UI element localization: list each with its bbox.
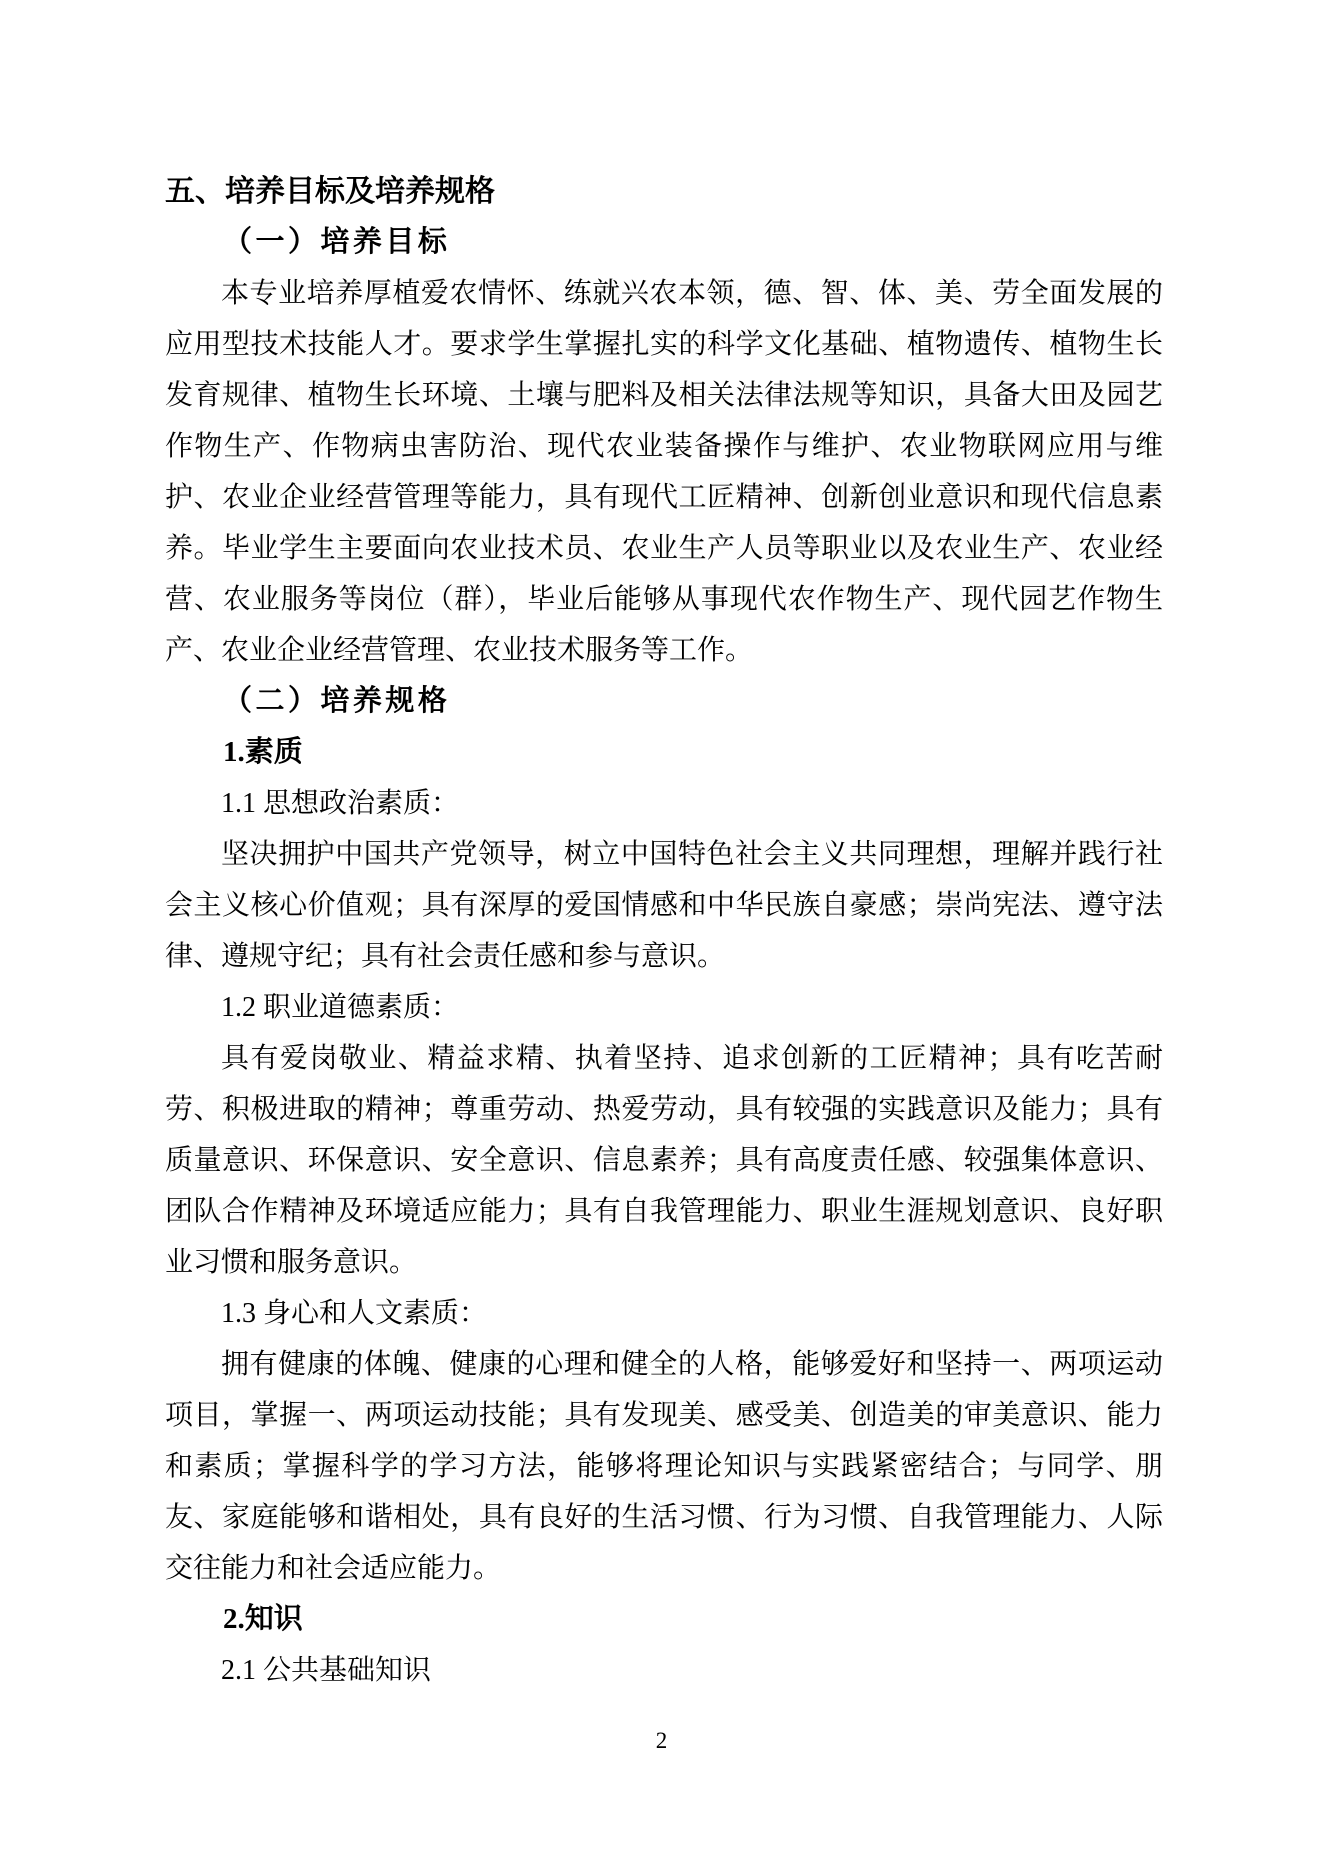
section-heading-training-objective: （一）培养目标	[165, 217, 1163, 268]
item-heading-ideological-political-quality: 1.1 思想政治素质：	[165, 778, 1163, 829]
document-page: 五、培养目标及培养规格 （一）培养目标 本专业培养厚植爱农情怀、练就兴农本领，德…	[0, 0, 1323, 1871]
item-heading-professional-ethics-quality: 1.2 职业道德素质：	[165, 982, 1163, 1033]
chapter-heading: 五、培养目标及培养规格	[165, 166, 1163, 217]
subsection-heading-knowledge: 2.知识	[165, 1594, 1163, 1645]
page-number: 2	[0, 1726, 1323, 1756]
section-heading-training-specification: （二）培养规格	[165, 676, 1163, 727]
subsection-heading-quality: 1.素质	[165, 727, 1163, 778]
paragraph-ideological-political-quality: 坚决拥护中国共产党领导，树立中国特色社会主义共同理想，理解并践行社会主义核心价值…	[165, 829, 1163, 982]
paragraph-physical-humanistic-quality: 拥有健康的体魄、健康的心理和健全的人格，能够爱好和坚持一、两项运动项目，掌握一、…	[165, 1339, 1163, 1594]
paragraph-professional-ethics-quality: 具有爱岗敬业、精益求精、执着坚持、追求创新的工匠精神；具有吃苦耐劳、积极进取的精…	[165, 1033, 1163, 1288]
item-heading-physical-humanistic-quality: 1.3 身心和人文素质：	[165, 1288, 1163, 1339]
paragraph-training-objective: 本专业培养厚植爱农情怀、练就兴农本领，德、智、体、美、劳全面发展的应用型技术技能…	[165, 268, 1163, 676]
item-heading-public-basic-knowledge: 2.1 公共基础知识	[165, 1645, 1163, 1696]
